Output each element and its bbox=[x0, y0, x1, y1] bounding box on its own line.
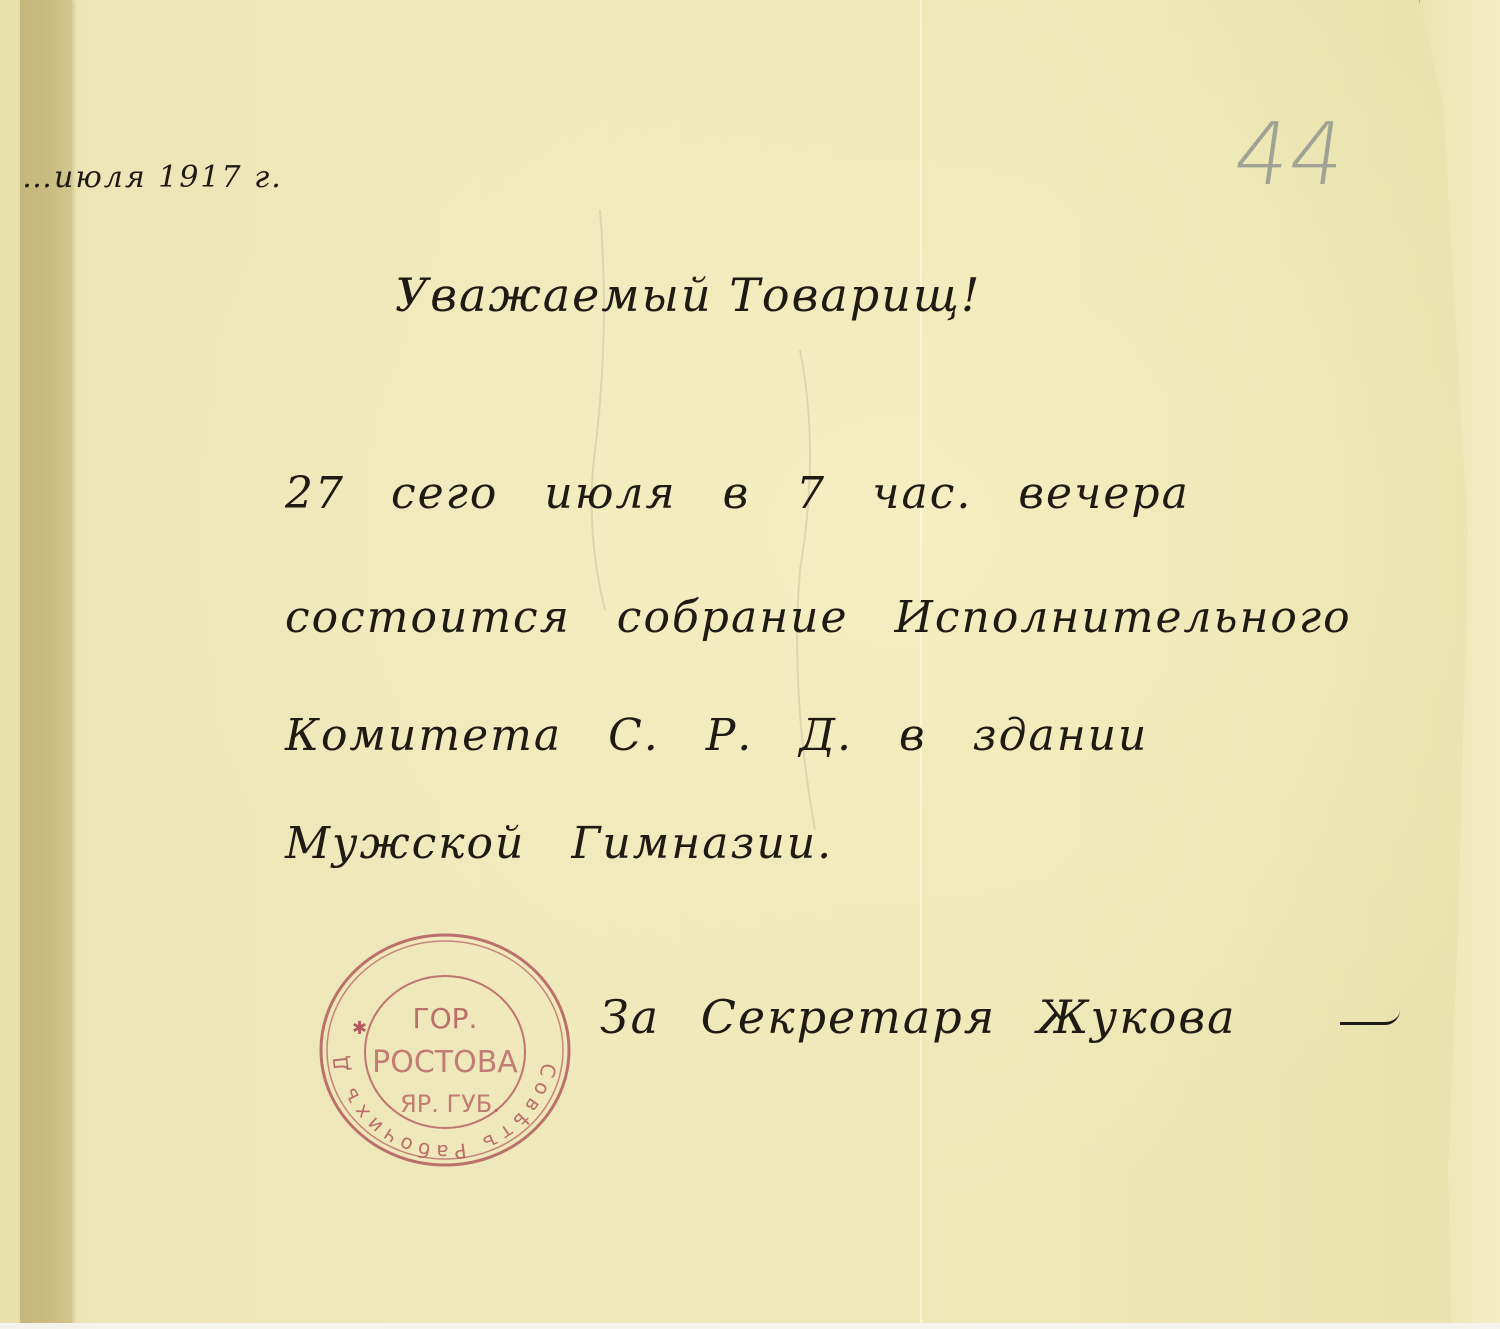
left-margin bbox=[0, 0, 20, 1329]
document-page: …июля 1917 г. 44 Уважаемый Товарищ! 27 с… bbox=[0, 0, 1500, 1329]
date-line: …июля 1917 г. bbox=[22, 160, 283, 195]
body-line-2: состоится собрание Исполнительного bbox=[285, 592, 1352, 643]
body-line-4: Мужской Гимназии. bbox=[285, 818, 833, 869]
stamp-line-2: РОСТОВА bbox=[372, 1045, 518, 1080]
archive-page-number: 44 bbox=[1228, 105, 1351, 205]
binding-strip bbox=[20, 0, 72, 1329]
bottom-edge bbox=[0, 1323, 1500, 1329]
body-line-3: Комитета С. Р. Д. в здании bbox=[285, 710, 1148, 761]
signature-flourish bbox=[1340, 1010, 1400, 1025]
stamp-line-1: ГОР. bbox=[413, 1002, 478, 1035]
official-stamp: Совѣтъ Рабочихъ Депутат. ✱ ГОР. РОСТОВА … bbox=[316, 930, 574, 1170]
signature: За Секретаря Жукова bbox=[600, 990, 1237, 1044]
folded-right-edge bbox=[1419, 0, 1500, 1329]
body-line-1: 27 сего июля в 7 час. вечера bbox=[285, 468, 1190, 519]
stamp-seal-icon: Совѣтъ Рабочихъ Депутат. ✱ ГОР. РОСТОВА … bbox=[316, 930, 574, 1170]
stamp-star: ✱ bbox=[352, 1018, 367, 1039]
stamp-line-3: ЯР. ГУБ. bbox=[400, 1090, 500, 1118]
salutation: Уважаемый Товарищ! bbox=[395, 268, 981, 322]
